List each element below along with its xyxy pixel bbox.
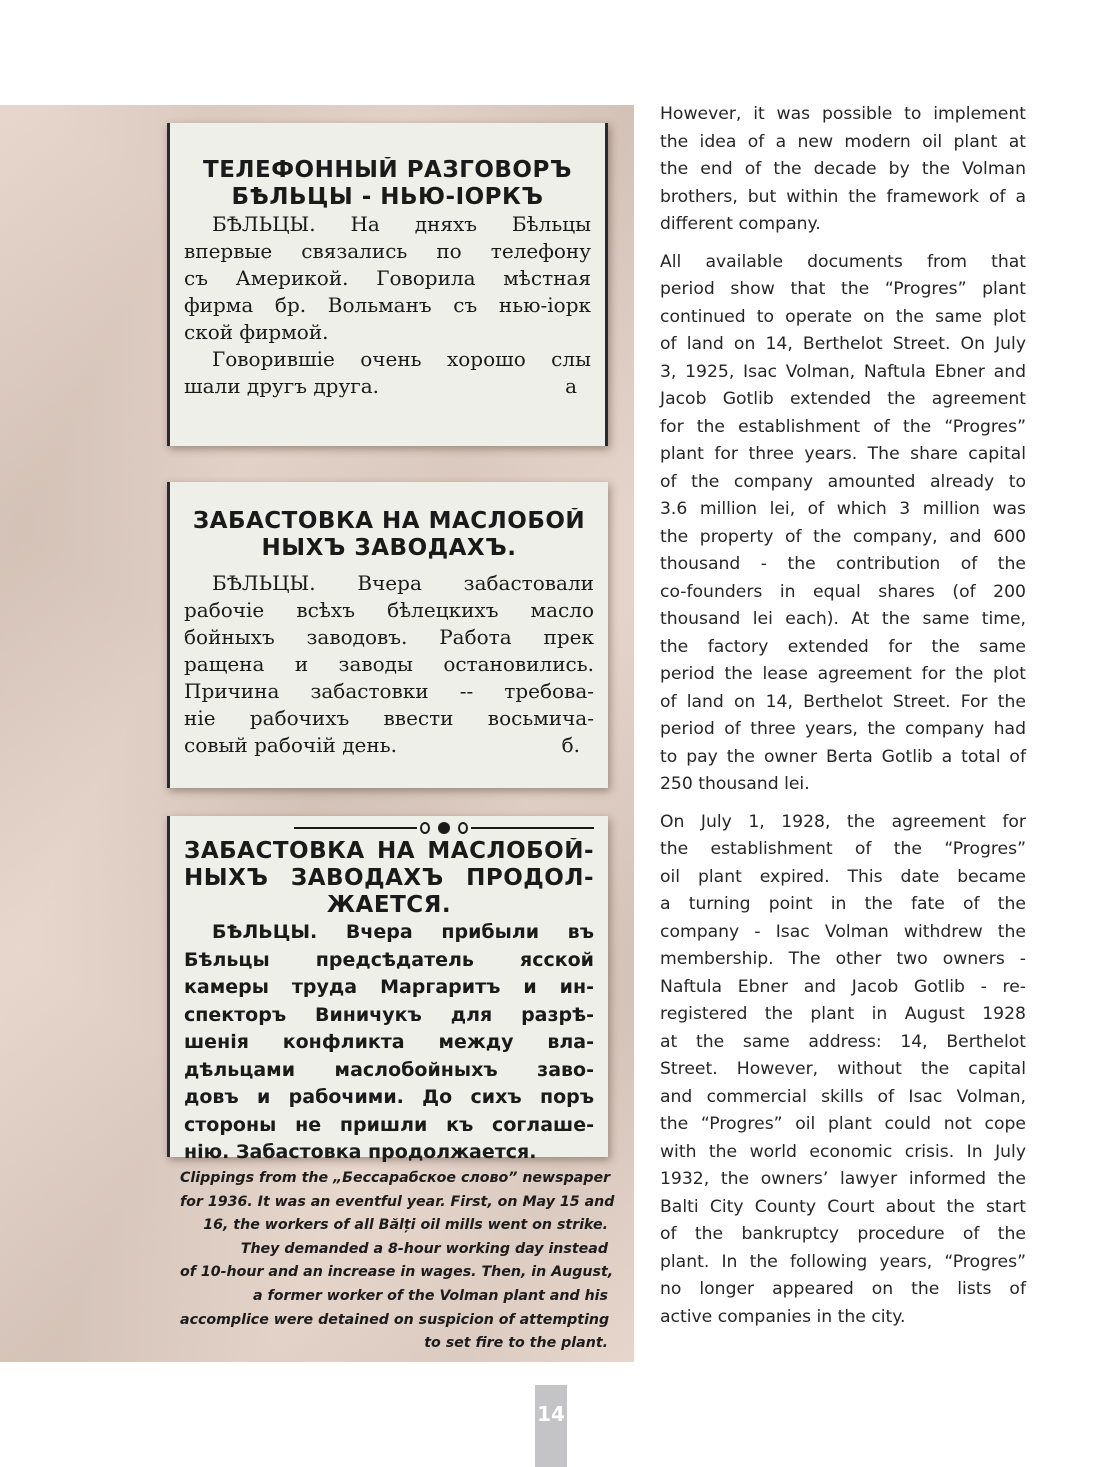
text-line: All available documents from that [660, 249, 1026, 277]
headline-line: НЫХЪ ЗАВОДАХЪ ПРОДОЛ- [184, 865, 594, 892]
text-line: period show that the “Progres” plant [660, 276, 1026, 304]
text-line: 3, 1925, Isac Volman, Naftula Ebner and [660, 359, 1026, 387]
text-line: with the world economic crisis. In July [660, 1139, 1026, 1167]
caption-line: of 10-hour and an increase in wages. The… [180, 1261, 608, 1285]
body-line: камеры труда Маргаритъ и ин- [184, 974, 594, 1002]
caption-line: Clippings from the „Бессарабское слово” … [180, 1167, 608, 1191]
text-line: continued to operate on the same plot [660, 304, 1026, 332]
body-text-column: However, it was possible to implement th… [660, 101, 1026, 1341]
body-text: шали другъ друга. [184, 374, 379, 398]
headline-line: ЗАБАСТОВКА НА МАСЛОБОЙ [184, 508, 594, 535]
caption-line: to set fire to the plant. [180, 1332, 608, 1356]
text-line: and commercial skills of Isac Volman, [660, 1084, 1026, 1112]
text-line: the establishment of the “Progres” [660, 836, 1026, 864]
text-line: plant for three years. The share capital [660, 441, 1026, 469]
text-line: the “Progres” oil plant could not cope [660, 1111, 1026, 1139]
text-line: However, it was possible to implement [660, 101, 1026, 129]
body-line: совый рабочій день.б. [184, 732, 594, 759]
clipping-signature: а [565, 373, 577, 400]
clipping-headline: ЗАБАСТОВКА НА МАСЛОБОЙ- НЫХЪ ЗАВОДАХЪ ПР… [184, 838, 594, 919]
body-line: бойныхъ заводовъ. Работа прек [184, 624, 594, 651]
text-line: of the company amounted already to [660, 469, 1026, 497]
ornament-divider-icon [294, 820, 594, 836]
text-line: no longer appeared on the lists of [660, 1276, 1026, 1304]
headline-line: ЖАЕТСЯ. [184, 892, 594, 919]
text-line: registered the plant in August 1928 [660, 1001, 1026, 1029]
body-line: ращена и заводы остановились. [184, 651, 594, 678]
text-line: of the bankruptcy procedure of the [660, 1221, 1026, 1249]
text-line: company - Isac Volman withdrew the [660, 919, 1026, 947]
body-line: БѢЛЬЦЫ. Вчера забастовали [184, 570, 594, 597]
newspaper-clipping-telephone: ТЕЛЕФОННЫЙ РАЗГОВОРЪ БѢЛЬЦЫ - НЬЮ-ІОРКЪ … [167, 123, 608, 446]
caption-line: They demanded a 8-hour working day inste… [180, 1238, 608, 1262]
clippings-caption: Clippings from the „Бессарабское слово” … [180, 1167, 608, 1356]
text-line: membership. The other two owners - [660, 946, 1026, 974]
text-line: Street. However, without the capital [660, 1056, 1026, 1084]
caption-line: 16, the workers of all Bălți oil mills w… [180, 1214, 608, 1238]
body-line: Бѣльцы предсѣдатель ясской [184, 947, 594, 975]
text-line: active companies in the city. [660, 1304, 1026, 1332]
headline-line: ЗАБАСТОВКА НА МАСЛОБОЙ- [184, 838, 594, 865]
headline-line: БѢЛЬЦЫ - НЬЮ-ІОРКЪ [184, 184, 591, 211]
text-line: the end of the decade by the Volman [660, 156, 1026, 184]
text-line: 250 thousand lei. [660, 771, 1026, 799]
page-number: 14 [535, 1385, 567, 1467]
paragraph-progres-documents: All available documents from that period… [660, 249, 1026, 799]
body-line: съ Америкой. Говорила мѣстная [184, 265, 591, 292]
text-line: oil plant expired. This date became [660, 864, 1026, 892]
text-line: Jacob Gotlib extended the agreement [660, 386, 1026, 414]
clipping-headline: ЗАБАСТОВКА НА МАСЛОБОЙ НЫХЪ ЗАВОДАХЪ. [184, 508, 594, 562]
caption-line: for 1936. It was an eventful year. First… [180, 1191, 608, 1215]
clipping-body: БѢЛЬЦЫ. Вчера прибыли въ Бѣльцы предсѣда… [184, 919, 594, 1167]
text-line: 1932, the owners’ lawyer informed the [660, 1166, 1026, 1194]
body-line: нію. Забастовка продолжается. [184, 1139, 594, 1167]
text-line: On July 1, 1928, the agreement for [660, 809, 1026, 837]
text-line: the idea of a new modern oil plant at [660, 129, 1026, 157]
newspaper-clipping-strike: ЗАБАСТОВКА НА МАСЛОБОЙ НЫХЪ ЗАВОДАХЪ. БѢ… [167, 482, 608, 788]
body-line: спекторъ Виничукъ для разрѣ- [184, 1002, 594, 1030]
headline-line: НЫХЪ ЗАВОДАХЪ. [184, 535, 594, 562]
body-line: БѢЛЬЦЫ. Вчера прибыли въ [184, 919, 594, 947]
body-text: совый рабочій день. [184, 733, 397, 757]
paragraph-agreement-expired: On July 1, 1928, the agreement for the e… [660, 809, 1026, 1332]
body-line: ской фирмой. [184, 319, 591, 346]
clipping-body: БѢЛЬЦЫ. Вчера забастовали рабочіе всѣхъ … [184, 570, 594, 759]
body-line: впервые связались по телефону [184, 238, 591, 265]
text-line: thousand - the contribution of the [660, 551, 1026, 579]
body-line: рабочіе всѣхъ бѣлецкихъ масло [184, 597, 594, 624]
text-line: thousand lei each). At the same time, [660, 606, 1026, 634]
headline-line: ТЕЛЕФОННЫЙ РАЗГОВОРЪ [184, 157, 591, 184]
clipping-signature: б. [562, 732, 580, 759]
text-line: Naftula Ebner and Jacob Gotlib - re- [660, 974, 1026, 1002]
text-line: the factory extended for the same [660, 634, 1026, 662]
body-line: шали другъ друга.а [184, 373, 591, 400]
caption-line: accomplice were detained on suspicion of… [180, 1309, 608, 1333]
text-line: at the same address: 14, Berthelot [660, 1029, 1026, 1057]
text-line: period the lease agreement for the plot [660, 661, 1026, 689]
clipping-headline: ТЕЛЕФОННЫЙ РАЗГОВОРЪ БѢЛЬЦЫ - НЬЮ-ІОРКЪ [184, 157, 591, 211]
clipping-body: БѢЛЬЦЫ. На дняхъ Бѣльцы впервые связалис… [184, 211, 591, 400]
text-line: of land on 14, Berthelot Street. For the [660, 689, 1026, 717]
body-line: шенія конфликта между вла- [184, 1029, 594, 1057]
body-line: стороны не пришли къ соглаше- [184, 1112, 594, 1140]
text-line: period of three years, the company had [660, 716, 1026, 744]
text-line: for the establishment of the “Progres” [660, 414, 1026, 442]
newspaper-clipping-strike-continues: ЗАБАСТОВКА НА МАСЛОБОЙ- НЫХЪ ЗАВОДАХЪ ПР… [167, 816, 608, 1157]
text-line: brothers, but within the framework of a [660, 184, 1026, 212]
text-line: co-founders in equal shares (of 200 [660, 579, 1026, 607]
text-line: of land on 14, Berthelot Street. On July [660, 331, 1026, 359]
body-line: довъ и рабочими. До сихъ поръ [184, 1084, 594, 1112]
text-line: the property of the company, and 600 [660, 524, 1026, 552]
body-line: Говорившіе очень хорошо слы [184, 346, 591, 373]
text-line: Balti City County Court about the start [660, 1194, 1026, 1222]
body-line: фирма бр. Вольманъ съ нью-іорк [184, 292, 591, 319]
body-line: Причина забастовки -- требова- [184, 678, 594, 705]
body-line: ніе рабочихъ ввести восьмича- [184, 705, 594, 732]
text-line: different company. [660, 211, 1026, 239]
body-line: дѣльцами маслобойныхъ заво- [184, 1057, 594, 1085]
paragraph-new-plant: However, it was possible to implement th… [660, 101, 1026, 239]
text-line: plant. In the following years, “Progres” [660, 1249, 1026, 1277]
text-line: 3.6 million lei, of which 3 million was [660, 496, 1026, 524]
text-line: to pay the owner Berta Gotlib a total of [660, 744, 1026, 772]
body-line: БѢЛЬЦЫ. На дняхъ Бѣльцы [184, 211, 591, 238]
caption-line: a former worker of the Volman plant and … [180, 1285, 608, 1309]
text-line: a turning point in the fate of the [660, 891, 1026, 919]
